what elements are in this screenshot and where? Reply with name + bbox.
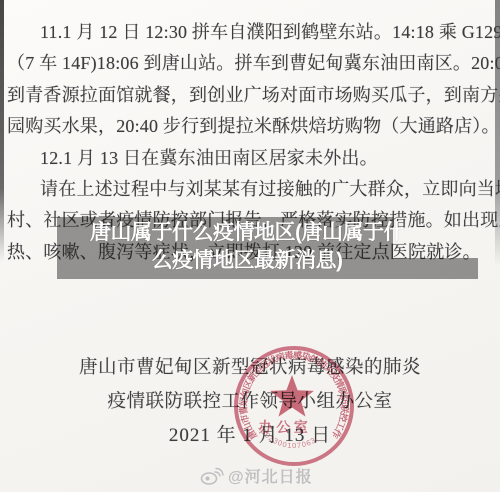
notice-line: 请在上述过程中与刘某某有过接触的广大群众，立即向当地 bbox=[7, 174, 493, 205]
notice-line: （7 车 14F)18:06 到唐山站。拼车到曹妃甸冀东油田南区。20:00 bbox=[7, 48, 493, 79]
notice-line: 到青香源拉面馆就餐，到创业广场对面市场购买瓜子，到南方果 bbox=[7, 80, 493, 111]
weibo-watermark: @河北日报 bbox=[200, 464, 313, 487]
caption-title-line-1: 唐山属于什么疫情地区(唐山属于什 bbox=[57, 219, 437, 247]
scanned-notice-image: 11.1 月 12 日 12:30 拼车自濮阳到鹤壁东站。14:18 乘 G12… bbox=[0, 0, 500, 492]
notice-line: 园购买水果，20:40 步行到提拉米酥烘焙坊购物（大通路店）。 bbox=[7, 111, 493, 142]
star-icon bbox=[270, 375, 314, 417]
watermark-text: @河北日报 bbox=[228, 464, 313, 487]
notice-line: 12.1 月 13 日在冀东油田南区居家未外出。 bbox=[7, 143, 493, 174]
official-seal: 唐山市曹妃甸区新型冠状病毒感染的肺炎疫情联防联控工作领导小组 办公室 13023… bbox=[228, 340, 360, 472]
caption-overlay-title: 唐山属于什么疫情地区(唐山属于什 么疫情地区最新消息) bbox=[57, 219, 437, 275]
scan-edge-left bbox=[0, 0, 4, 262]
caption-title-line-2: 么疫情地区最新消息) bbox=[57, 247, 437, 275]
notice-line: 11.1 月 12 日 12:30 拼车自濮阳到鹤壁东站。14:18 乘 G12… bbox=[7, 17, 493, 48]
weibo-icon bbox=[200, 466, 224, 486]
